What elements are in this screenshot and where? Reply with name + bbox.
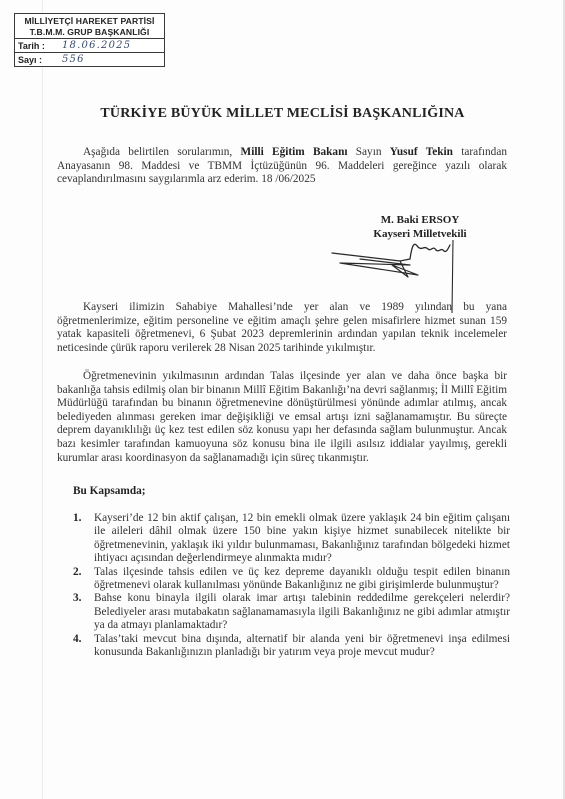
signer-name: M. Baki ERSOY [370,214,470,228]
question-number: 4. [73,633,81,646]
question-text: Kayseri’de 12 bin aktif çalışan, 12 bin … [94,512,510,564]
question-number: 3. [73,592,81,605]
question-item: 3.Bahse konu binayla ilgili olarak imar … [73,592,510,632]
question-text: Bahse konu binayla ilgili olarak imar ar… [94,592,510,631]
document-title: TÜRKİYE BÜYÜK MİLLET MECLİSİ BAŞKANLIĞIN… [0,106,565,122]
stamp-date-value: 18.06.2025 [62,40,131,51]
paragraph-text: Kayseri ilimizin Sahabiye Mahallesi’nde … [57,301,507,354]
stamp-number-value: 556 [62,54,85,65]
question-text: Talas’taki mevcut bina dışında, alternat… [94,633,510,658]
question-text: Talas ilçesinde tahsis edilen ve üç kez … [94,566,510,591]
question-item: 4.Talas’taki mevcut bina dışında, altern… [73,633,510,660]
intro-text: Sayın [347,146,389,158]
question-number: 1. [73,512,81,525]
registry-stamp: MİLLİYETÇİ HAREKET PARTİSİ T.B.M.M. GRUP… [14,13,165,67]
stamp-date-row: Tarih : 18.06.2025 [15,39,164,53]
question-list: 1.Kayseri’de 12 bin aktif çalışan, 12 bi… [73,512,510,659]
body-paragraph-1: Kayseri ilimizin Sahabiye Mahallesi’nde … [57,301,507,355]
paragraph-text: Öğretmenevinin yıkılmasının ardından Tal… [57,370,507,464]
section-heading: Bu Kapsamda; [73,485,146,497]
intro-paragraph: Aşağıda belirtilen sorularımın, Milli Eğ… [57,146,507,187]
stamp-org-line1: MİLLİYETÇİ HAREKET PARTİSİ [16,16,163,27]
minister-title: Milli Eğitim Bakanı [241,146,348,158]
stamp-organization: MİLLİYETÇİ HAREKET PARTİSİ T.B.M.M. GRUP… [15,14,164,39]
body-paragraph-2: Öğretmenevinin yıkılmasının ardından Tal… [57,370,507,465]
stamp-number-row: Sayı : 556 [15,53,164,66]
intro-text: Aşağıda belirtilen sorularımın, [83,146,241,158]
minister-name: Yusuf Tekin [390,146,453,158]
question-item: 1.Kayseri’de 12 bin aktif çalışan, 12 bi… [73,512,510,566]
question-number: 2. [73,566,81,579]
stamp-date-label: Tarih : [18,41,62,51]
stamp-org-line2: T.B.M.M. GRUP BAŞKANLIĞI [16,27,163,38]
stamp-number-label: Sayı : [18,55,62,65]
question-item: 2.Talas ilçesinde tahsis edilen ve üç ke… [73,566,510,593]
